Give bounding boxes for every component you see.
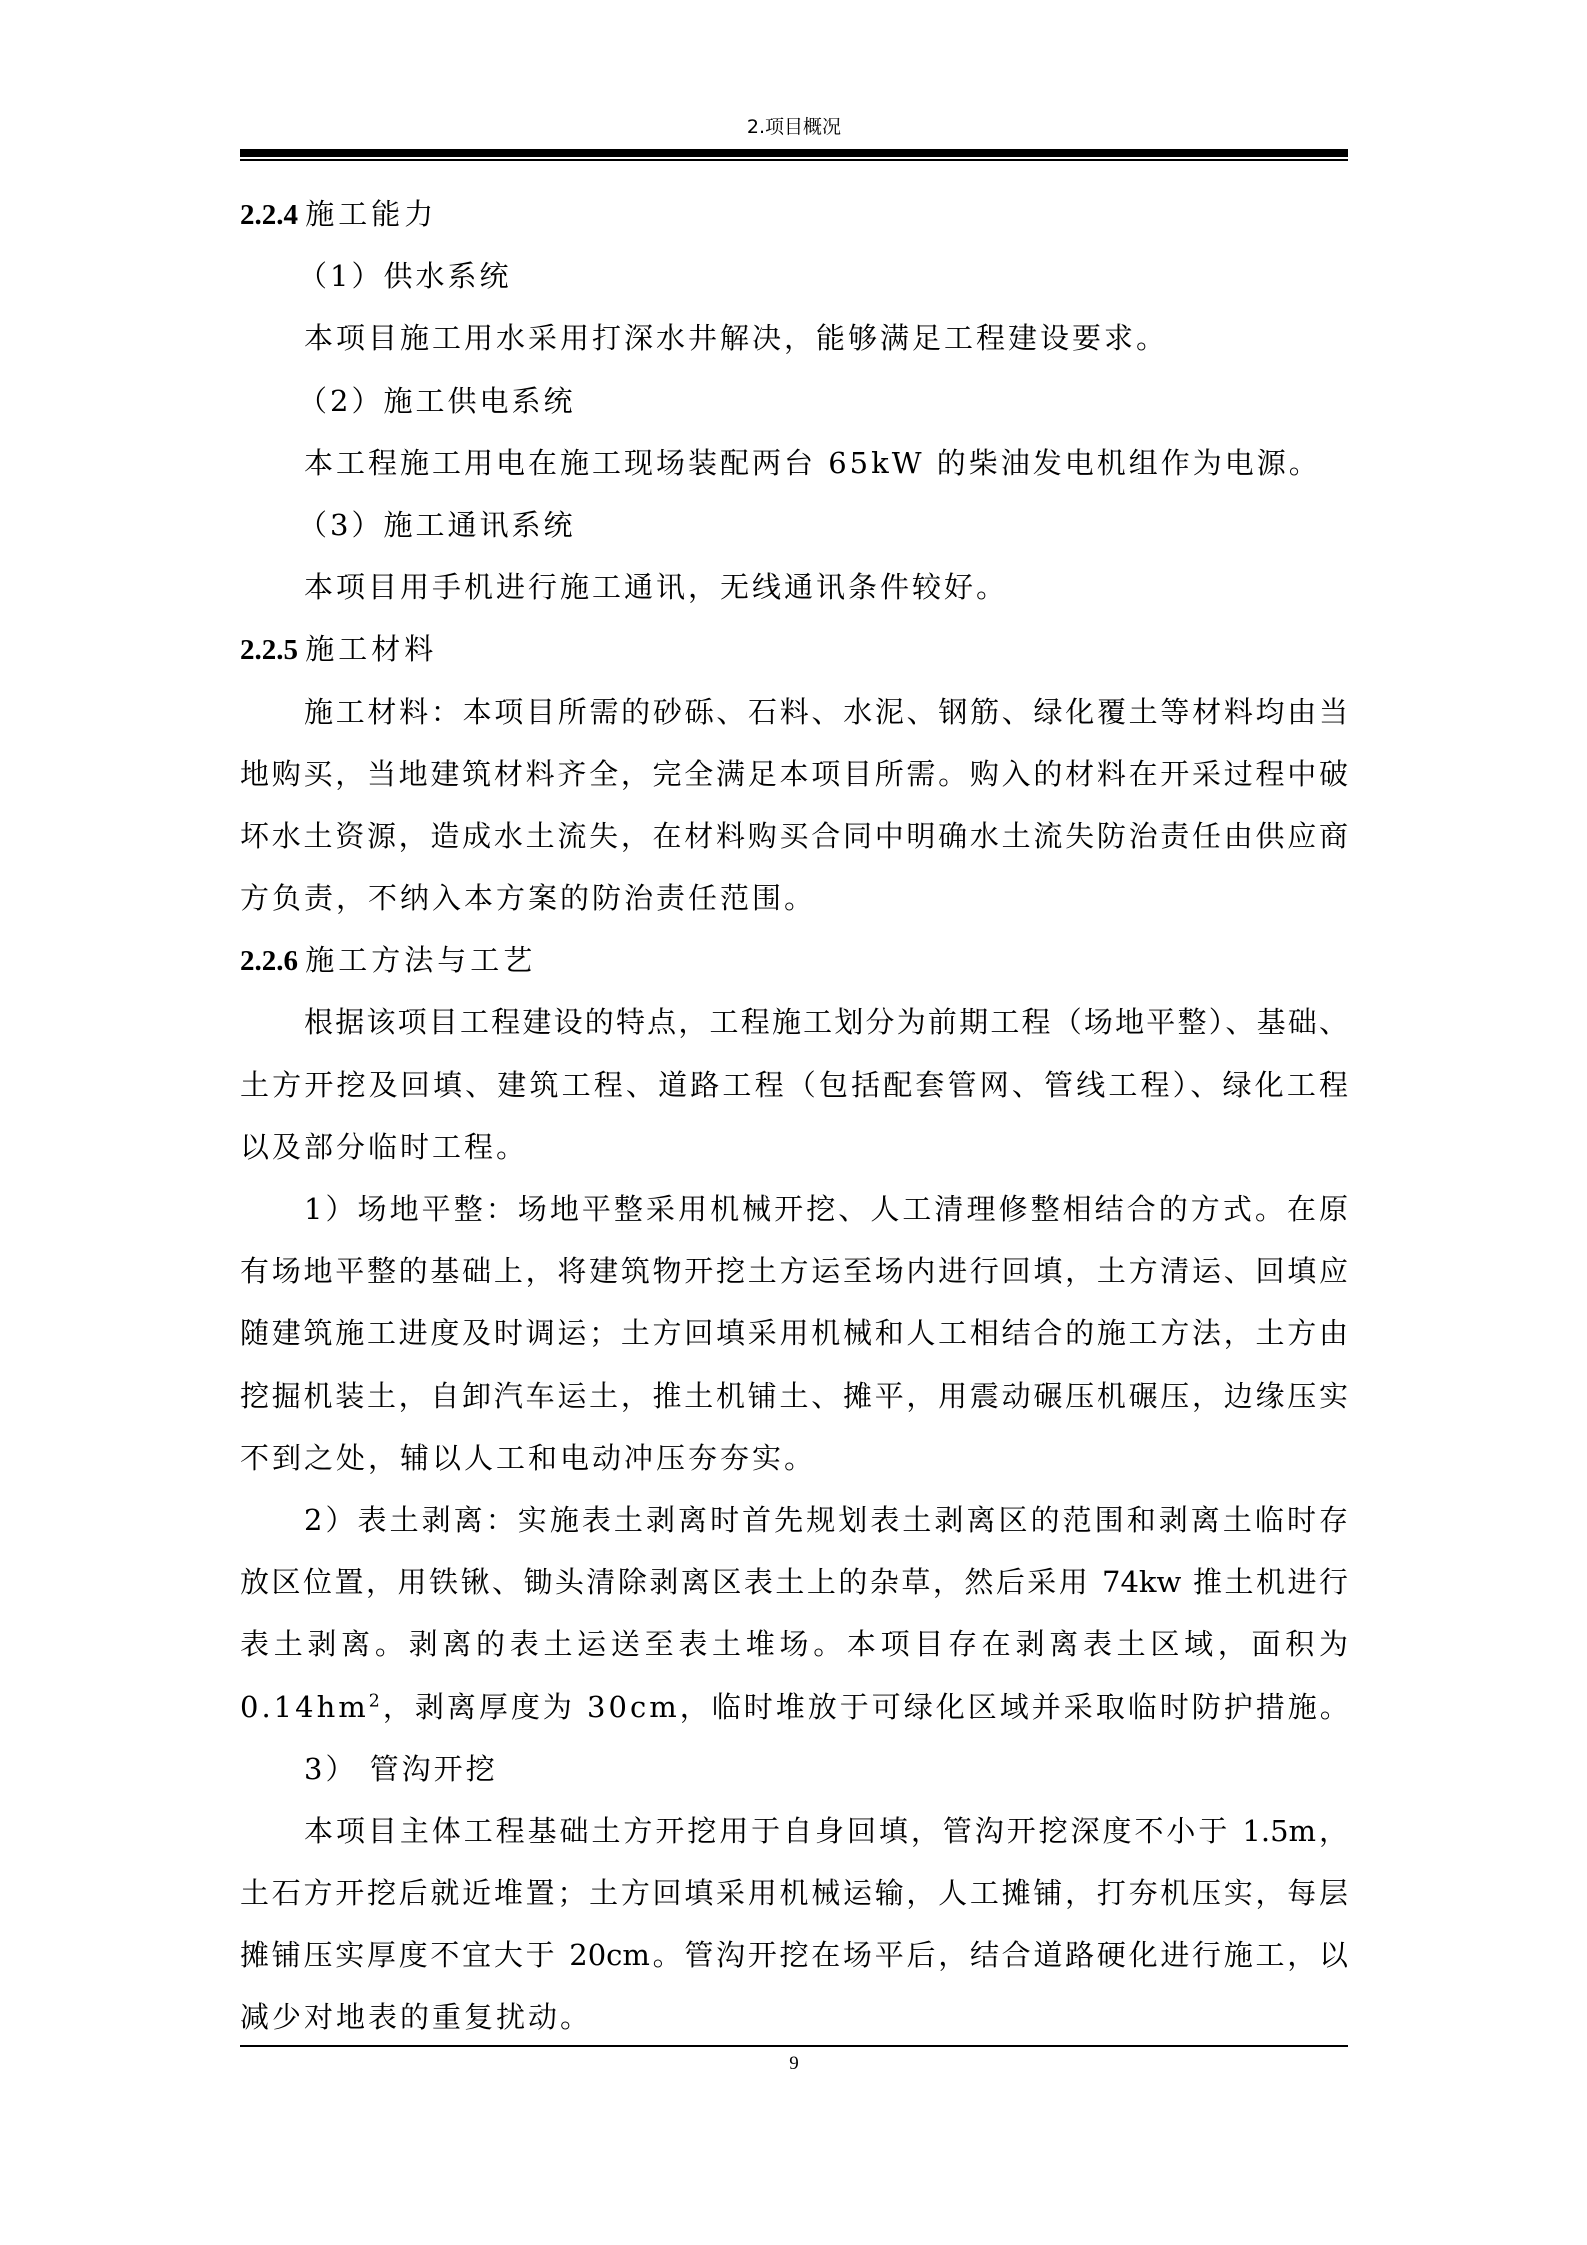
step2-line-last: 0.14hm2，剥离厚度为 30cm，临时堆放于可绿化区域并采取临时防护措施。: [240, 1676, 1348, 1738]
paragraph-line: 根据该项目工程建设的特点，工程施工划分为前期工程（场地平整）、基础、: [240, 991, 1348, 1053]
step2-line-suffix: ，剥离厚度为 30cm，临时堆放于可绿化区域并采取临时防护措施。: [383, 1690, 1352, 1724]
area-value: 0.14hm: [240, 1690, 369, 1724]
paragraph-line: 方负责，不纳入本方案的防治责任范围。: [240, 867, 1348, 929]
section-title: 施工方法与工艺: [305, 943, 536, 977]
area-superscript: 2: [369, 1691, 383, 1711]
step3-line: 本项目主体工程基础土方开挖用于自身回填，管沟开挖深度不小于 1.5m，: [240, 1800, 1348, 1862]
section-title: 施工材料: [305, 632, 437, 666]
step3-label: 3） 管沟开挖: [240, 1738, 1348, 1800]
section-heading-2-2-6: 2.2.6 施工方法与工艺: [240, 929, 1348, 991]
paragraph-line: 土方开挖及回填、建筑工程、道路工程（包括配套管网、管线工程）、绿化工程: [240, 1054, 1348, 1116]
paragraph-line: 地购买，当地建筑材料齐全，完全满足本项目所需。购入的材料在开采过程中破: [240, 743, 1348, 805]
section-number: 2.2.5: [240, 634, 298, 666]
header-rule-thin: [240, 159, 1348, 161]
section-title: 施工能力: [305, 197, 437, 231]
item-label-water-supply: （1）供水系统: [240, 245, 1348, 307]
page-content: 2.2.4 施工能力 （1）供水系统 本项目施工用水采用打深水井解决，能够满足工…: [240, 183, 1348, 2049]
step3-line: 摊铺压实厚度不宜大于 20cm。管沟开挖在场平后，结合道路硬化进行施工，以: [240, 1924, 1348, 1986]
footer-rule: [240, 2045, 1348, 2047]
paragraph-line: 坏水土资源，造成水土流失，在材料购买合同中明确水土流失防治责任由供应商: [240, 805, 1348, 867]
step1-line: 随建筑施工进度及时调运；土方回填采用机械和人工相结合的施工方法，土方由: [240, 1302, 1348, 1364]
header-rule-thick: [240, 149, 1348, 157]
item-text-communication: 本项目用手机进行施工通讯，无线通讯条件较好。: [240, 556, 1348, 618]
step1-line: 不到之处，辅以人工和电动冲压夯夯实。: [240, 1427, 1348, 1489]
step3-line: 土石方开挖后就近堆置；土方回填采用机械运输，人工摊铺，打夯机压实，每层: [240, 1862, 1348, 1924]
running-header: 2.项目概况: [240, 114, 1348, 140]
step3-line: 减少对地表的重复扰动。: [240, 1986, 1348, 2048]
step1-line: 1）场地平整：场地平整采用机械开挖、人工清理修整相结合的方式。在原: [240, 1178, 1348, 1240]
section-heading-2-2-5: 2.2.5 施工材料: [240, 618, 1348, 680]
item-label-power-supply: （2）施工供电系统: [240, 370, 1348, 432]
paragraph-line: 施工材料：本项目所需的砂砾、石料、水泥、钢筋、绿化覆土等材料均由当: [240, 681, 1348, 743]
step2-line: 表土剥离。剥离的表土运送至表土堆场。本项目存在剥离表土区域，面积为: [240, 1613, 1348, 1675]
section-number: 2.2.4: [240, 199, 298, 231]
step2-line: 放区位置，用铁锹、锄头清除剥离区表土上的杂草，然后采用 74kw 推土机进行: [240, 1551, 1348, 1613]
paragraph-line: 以及部分临时工程。: [240, 1116, 1348, 1178]
section-heading-2-2-4: 2.2.4 施工能力: [240, 183, 1348, 245]
step1-line: 有场地平整的基础上，将建筑物开挖土方运至场内进行回填，土方清运、回填应: [240, 1240, 1348, 1302]
step1-line: 挖掘机装土，自卸汽车运土，推土机铺土、摊平，用震动碾压机碾压，边缘压实: [240, 1365, 1348, 1427]
item-text-water-supply: 本项目施工用水采用打深水井解决，能够满足工程建设要求。: [240, 307, 1348, 369]
step2-line: 2）表土剥离：实施表土剥离时首先规划表土剥离区的范围和剥离土临时存: [240, 1489, 1348, 1551]
item-label-communication: （3）施工通讯系统: [240, 494, 1348, 556]
page-number: 9: [240, 2050, 1348, 2078]
document-page: 2.项目概况 2.2.4 施工能力 （1）供水系统 本项目施工用水采用打深水井解…: [0, 0, 1587, 2245]
item-text-power-supply: 本工程施工用电在施工现场装配两台 65kW 的柴油发电机组作为电源。: [240, 432, 1348, 494]
section-number: 2.2.6: [240, 945, 298, 977]
